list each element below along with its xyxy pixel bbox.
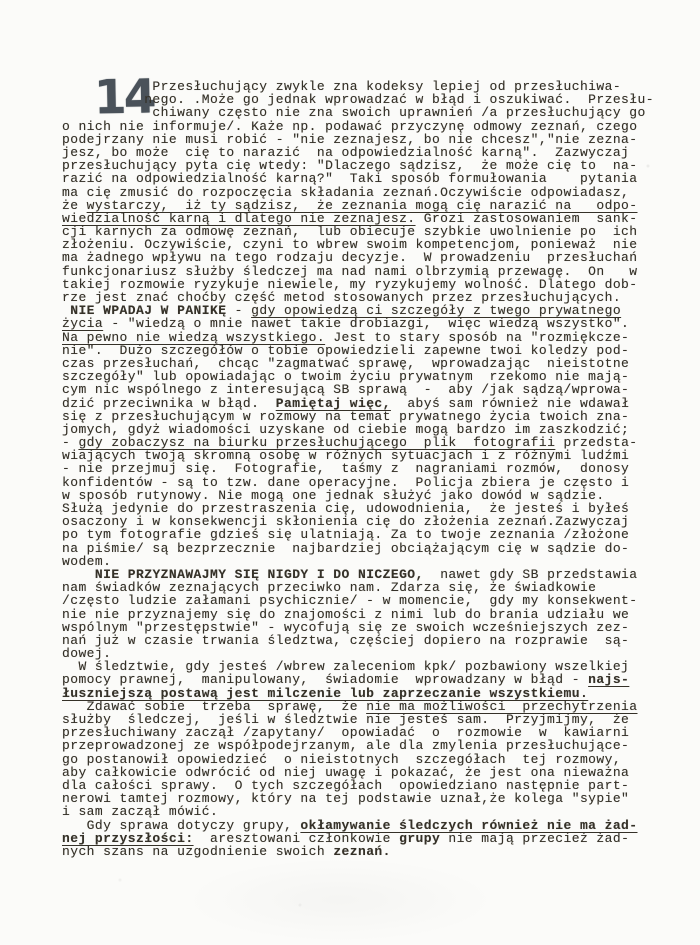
underlined-text: najs-: [588, 672, 629, 687]
scanned-document-page: 14 Przesłuchujący zwykle zna kodeksy lep…: [0, 0, 700, 945]
emphasized-text: zeznań.: [333, 844, 391, 859]
text-segment: nie mają przecież żad-: [440, 831, 629, 846]
text-segment: na piśmie/ są bezprzecznie najbardziej o…: [62, 541, 629, 556]
text-line: nych szans na uzgodnienie swoich zeznań.: [62, 845, 682, 858]
text-line: nań już w czasie trwania śledztwa, częśc…: [62, 634, 682, 647]
text-segment: nań już w czasie trwania śledztwa, częśc…: [62, 633, 629, 648]
emphasized-text: grupy: [399, 831, 440, 846]
document-text: Przesłuchujący zwykle zna kodeksy lepiej…: [62, 80, 682, 858]
text-line: na piśmie/ są bezprzecznie najbardziej o…: [62, 542, 682, 555]
text-segment: nych szans na uzgodnienie swoich: [62, 844, 333, 859]
